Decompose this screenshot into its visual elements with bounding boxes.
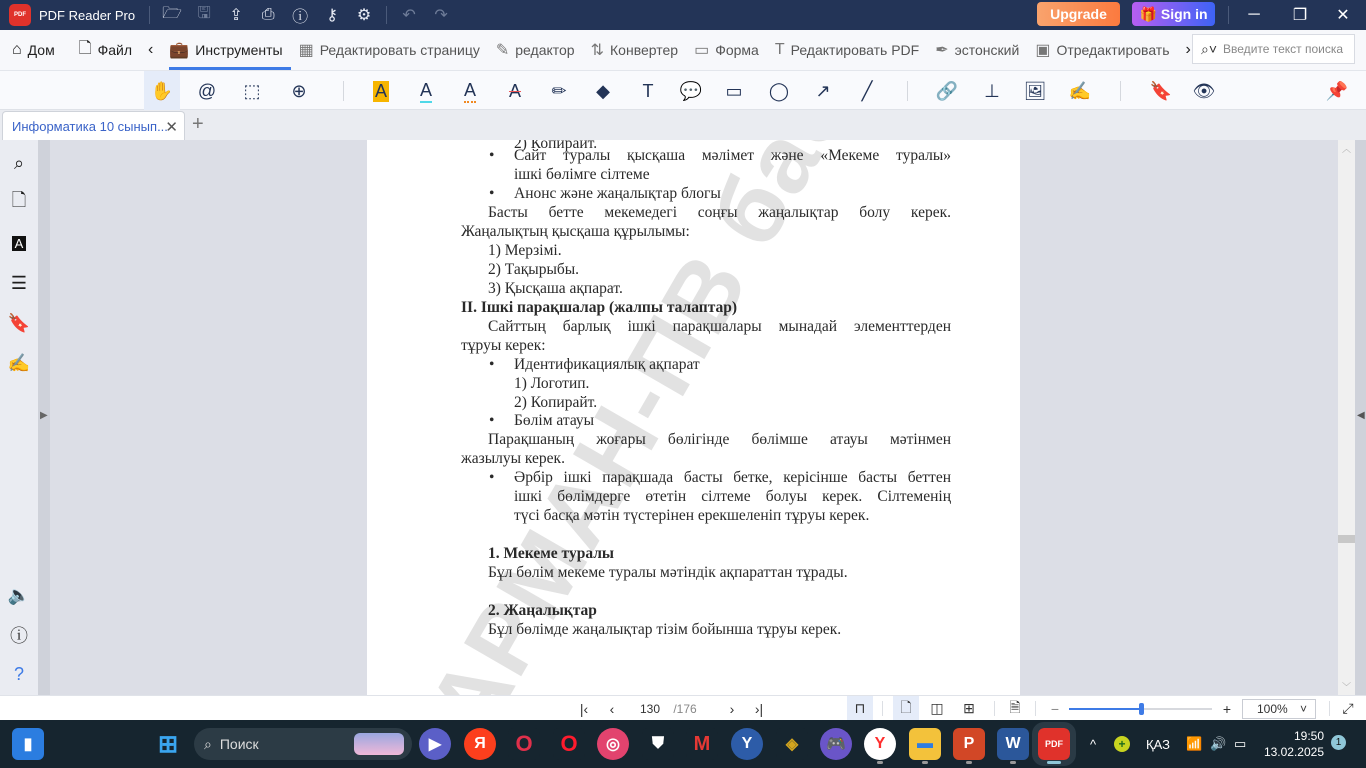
tray-app-icon[interactable]: + [1114, 720, 1130, 768]
settings-icon[interactable]: ⚙ [348, 0, 380, 30]
close-window-button[interactable]: ✕ [1320, 0, 1366, 30]
chevron-down-icon: ˅ [1300, 702, 1307, 716]
rectangle-icon[interactable]: ▭ [716, 71, 752, 111]
sign-in-button[interactable]: 🎁Sign in [1132, 2, 1215, 26]
notification-badge[interactable]: 1 [1331, 735, 1346, 750]
read-aloud-icon[interactable]: 🔈 [0, 575, 38, 615]
document-text-line: Әрбір ішкі парақшада басты бетке, керісі… [514, 468, 951, 487]
document-text-line: 1) Мерзімі. [488, 241, 562, 260]
zoom-slider-handle[interactable] [1139, 703, 1144, 715]
prev-page-icon[interactable]: ‹ [602, 696, 622, 721]
sign-in-label: Sign in [1161, 6, 1208, 22]
vertical-scrollbar[interactable]: ︿ ﹀ [1338, 140, 1355, 695]
document-text-line: тұруы керек: [461, 336, 546, 355]
left-panel-toggle[interactable]: ▶ [38, 140, 50, 695]
share-icon[interactable]: ⇪ [220, 0, 252, 30]
menu-redact-label: Отредактировать [1056, 42, 1169, 58]
form-icon: ▭ [694, 40, 709, 60]
document-text-line: жазылуы керек. [461, 449, 565, 468]
taskbar-app-opera-gx-icon[interactable]: O [508, 728, 540, 760]
taskbar-app-game-1-icon[interactable]: ◈ [776, 728, 808, 760]
clock[interactable]: 19:50 13.02.2025 [1260, 728, 1324, 760]
single-page-icon[interactable]: 🗋 [893, 696, 919, 721]
taskbar-app-word-icon[interactable]: W [997, 728, 1029, 760]
menu-converter-label: Конвертер [610, 42, 678, 58]
underline-icon[interactable]: A [408, 71, 444, 111]
running-indicator [1010, 761, 1016, 764]
eraser-icon[interactable]: ◆ [585, 71, 621, 111]
outline-icon[interactable]: ☰ [0, 263, 38, 303]
pin-icon[interactable]: 📌 [1319, 71, 1355, 111]
document-text-line: Бұл бөлім мекеме туралы мәтіндік ақпарат… [488, 563, 848, 582]
document-heading: 2. Жаңалықтар [488, 601, 597, 620]
redo-icon[interactable]: ↷ [425, 0, 457, 30]
undo-icon[interactable]: ↶ [393, 0, 425, 30]
menu-editor[interactable]: ✎редактор [488, 30, 583, 70]
key-icon[interactable]: ⚷ [316, 0, 348, 30]
taskbar-app-powerpoint-icon[interactable]: P [953, 728, 985, 760]
save-icon[interactable]: 🖫 [188, 0, 220, 30]
document-text-line: ішкі бөлімдерге өтетін сілтеме болуы кер… [514, 487, 951, 506]
zoom-area-icon[interactable]: ⊕ [281, 71, 317, 111]
zoom-out-icon[interactable]: − [1045, 696, 1065, 721]
restore-button[interactable]: ❐ [1277, 0, 1323, 30]
taskbar-app-gamepad-icon[interactable]: 🎮 [820, 728, 852, 760]
redact-icon: ▣ [1035, 40, 1050, 60]
home-icon: ⌂ [12, 41, 22, 59]
divider [1228, 6, 1229, 24]
volume-icon[interactable]: 🔊 [1210, 720, 1226, 768]
zoom-slider-fill [1069, 708, 1141, 710]
divider [1035, 701, 1036, 716]
taskbar-app-mirra-icon[interactable]: M [686, 728, 718, 760]
document-text-line: түсі басқа мәтін түстерінен ерекшеленіп … [514, 506, 869, 525]
link-icon[interactable]: 🔗 [929, 71, 965, 111]
note-icon[interactable]: 💬 [673, 71, 709, 111]
thumbnails-icon[interactable]: 🗋 [0, 183, 38, 223]
close-tab-icon[interactable]: ✕ [165, 118, 178, 136]
stamp-icon[interactable]: ⊥ [974, 71, 1010, 111]
menu-tools[interactable]: 💼Инструменты [161, 30, 290, 70]
language-indicator[interactable]: ҚАЗ [1146, 720, 1170, 768]
signatures-icon[interactable]: ✍ [0, 343, 38, 383]
search-placeholder: Введите текст поиска [1223, 42, 1343, 56]
two-page-icon[interactable]: ◫ [924, 696, 950, 721]
document-heading: 1. Мекеме туралы [488, 544, 614, 563]
divider [1329, 701, 1330, 716]
hand-tool-icon[interactable]: ✋ [144, 71, 180, 111]
menu-file[interactable]: 🗋Файл [71, 30, 140, 70]
taskbar-app-opera-icon[interactable]: O [553, 728, 585, 760]
last-page-icon[interactable]: ›| [749, 696, 769, 721]
menu-sign[interactable]: ✒эстонский [927, 30, 1027, 70]
annotation-toolbar: ✋ @ ⬚ ⊕ A A A A ✏ ◆ T 💬 ▭ ◯ ↗ ╱ 🔗 ⊥ 🖼 ✍ … [0, 70, 1366, 110]
info-icon[interactable]: ⓘ [0, 615, 38, 655]
time: 19:50 [1260, 728, 1324, 744]
zoom-value: 100% [1257, 702, 1288, 716]
menu-redact[interactable]: ▣Отредактировать [1027, 30, 1177, 70]
strikethrough-icon[interactable]: A [497, 71, 533, 111]
document-heading: II. Ішкі парақшалар (жалпы талаптар) [461, 298, 737, 317]
document-text-line: • [489, 411, 494, 430]
fullscreen-icon[interactable]: ⤢ [1336, 696, 1360, 721]
print-icon[interactable]: ⎙ [252, 0, 284, 30]
taskbar-app-yandex-icon[interactable]: Я [464, 728, 496, 760]
help-icon[interactable]: ⓘ [284, 0, 316, 30]
area-select-icon[interactable]: ⬚ [234, 71, 270, 111]
document-text-line: Басты бетте мекемедегі соңғы жаңалықтар … [488, 203, 951, 222]
search-input[interactable]: ⌕˅ Введите текст поиска [1192, 34, 1355, 64]
line-icon[interactable]: ╱ [849, 71, 885, 111]
add-tab-button[interactable]: + [192, 113, 204, 136]
document-text-line: Бұл бөлімде жаңалықтар тізім бойынша тұр… [488, 620, 841, 639]
windows-taskbar: ▮ ⊞ ⌕ Поиск ▶ЯOO◎⛊MY◈🎮Y▬PWPDF ^ + ҚАЗ 📶 … [0, 720, 1366, 768]
document-text-line: 1) Логотип. [514, 374, 589, 393]
next-page-icon[interactable]: › [722, 696, 742, 721]
divider [149, 6, 150, 24]
ocr-icon[interactable]: A [0, 223, 38, 263]
document-text-line: Сайттың барлық ішкі парақшалары мынадай … [488, 317, 951, 336]
menu-form-label: Форма [715, 42, 759, 58]
chevron-left-icon: ‹ [148, 41, 153, 59]
scrollbar-thumb[interactable] [1338, 535, 1355, 543]
signature-icon[interactable]: ✍ [1062, 71, 1098, 111]
zoom-slider[interactable] [1069, 708, 1212, 710]
app-logo-icon: PDF [9, 4, 31, 26]
app-title: PDF Reader Pro [39, 8, 135, 23]
document-text-line: • [489, 184, 494, 203]
document-text-line: Сайт туралы қысқаша мәлімет және «Мекеме… [514, 146, 951, 165]
divider [907, 81, 908, 101]
document-text-line: • [489, 146, 494, 165]
taskbar-app-file-explorer-icon[interactable]: ▬ [909, 728, 941, 760]
oval-icon[interactable]: ◯ [761, 71, 797, 111]
running-indicator [877, 761, 883, 764]
menu-edit-pdf[interactable]: TРедактировать PDF [767, 30, 927, 70]
fit-width-icon[interactable]: ⊓ [847, 696, 873, 721]
taskbar-app-meet-icon[interactable]: ▶ [419, 728, 451, 760]
current-page-input[interactable]: 130 [634, 696, 666, 721]
expand-left-icon: ◀ [1357, 410, 1365, 421]
right-panel-toggle[interactable]: ◀ [1355, 140, 1366, 695]
document-tab-bar: Информатика 10 сынып... ✕ + [0, 110, 1366, 140]
document-text-line: Идентификациялық ақпарат [514, 355, 700, 374]
pdf-page: АРМАН-ПВ баспасы 2) Копирайт.•Сайт турал… [367, 140, 1020, 695]
auto-scroll-icon[interactable]: 🗎 [1002, 696, 1028, 721]
divider [1120, 81, 1121, 101]
freehand-icon[interactable]: ✏ [541, 71, 577, 111]
convert-icon: ⇅ [591, 40, 604, 60]
document-text-line: Бөлім атауы [514, 411, 594, 430]
menu-sign-label: эстонский [955, 42, 1020, 58]
menu-home-label: Дом [28, 42, 55, 58]
widgets-icon[interactable]: ▮ [12, 728, 44, 760]
divider [882, 701, 883, 716]
divider [994, 701, 995, 716]
document-text-line: ішкі бөлімге сілтеме [514, 165, 650, 184]
first-page-icon[interactable]: |‹ [574, 696, 594, 721]
divider [386, 6, 387, 24]
divider [343, 81, 344, 101]
file-icon: 🗋 [79, 37, 92, 64]
document-text-line: 2) Копирайт. [514, 393, 597, 412]
book-mode-icon[interactable]: ⊞ [956, 696, 982, 721]
document-text-line: • [489, 468, 494, 487]
text-box-icon[interactable]: T [630, 71, 666, 111]
total-pages: /176 [670, 696, 700, 721]
folder-open-icon[interactable]: 🗁 [156, 0, 188, 30]
document-tab-title: Информатика 10 сынып... [12, 119, 168, 134]
taskbar-app-yandex-browser-icon[interactable]: Y [731, 728, 763, 760]
minimize-button[interactable]: ─ [1231, 0, 1277, 30]
menu-edit-page-label: Редактировать страницу [320, 42, 480, 58]
left-sidebar: ⌕ 🗋 A ☰ 🔖 ✍ 🔈 ⓘ ? [0, 140, 38, 695]
taskbar-app-pdf-reader-pro-icon[interactable]: PDF [1038, 728, 1070, 760]
taskbar-search-label: Поиск [220, 736, 259, 752]
menu-edit-pdf-label: Редактировать PDF [791, 42, 920, 58]
wifi-icon[interactable]: 📶 [1186, 720, 1202, 768]
gift-icon: 🎁 [1139, 6, 1156, 23]
menu-home[interactable]: ⌂Дом [4, 30, 63, 70]
document-tab[interactable]: Информатика 10 сынып... ✕ [2, 111, 185, 140]
read-mode-eye-icon[interactable]: 👁 [1186, 71, 1222, 111]
document-text-line: Парақшаның жоғары бөлігінде бөлімше атау… [488, 430, 951, 449]
help-icon[interactable]: ? [0, 654, 38, 694]
document-text-line: 2) Тақырыбы. [488, 260, 579, 279]
menu-converter[interactable]: ⇅Конвертер [583, 30, 686, 70]
document-text-line: Жаңалықтың қысқаша құрылымы: [461, 222, 690, 241]
status-bar: |‹ ‹ 130 /176 › ›| ⊓ 🗋 ◫ ⊞ 🗎 − + 100%˅ ⤢ [0, 695, 1366, 720]
battery-icon[interactable]: ▭ [1234, 720, 1246, 768]
scroll-up-icon[interactable]: ︿ [1338, 142, 1355, 155]
zoom-in-icon[interactable]: + [1217, 696, 1237, 721]
running-indicator [966, 761, 972, 764]
start-button-icon[interactable]: ⊞ [152, 728, 184, 760]
running-indicator [1047, 761, 1061, 764]
image-icon[interactable]: 🖼 [1017, 71, 1053, 111]
taskbar-app-color-app-icon[interactable]: ◎ [597, 728, 629, 760]
document-text-line: 3) Қысқаша ақпарат. [488, 279, 623, 298]
bookmark-icon[interactable]: 🔖 [1143, 71, 1179, 111]
sign-pen-icon: ✒ [935, 40, 948, 60]
taskbar-app-world-of-tanks-icon[interactable]: ⛊ [642, 728, 674, 760]
menu-scroll-left[interactable]: ‹ [140, 30, 161, 70]
taskbar-search[interactable]: ⌕ Поиск [194, 728, 412, 760]
menu-edit-page[interactable]: ▦Редактировать страницу [291, 30, 488, 70]
show-hidden-icons-icon[interactable]: ^ [1090, 720, 1096, 768]
document-text-line: Анонс және жаңалықтар блогы [514, 184, 721, 203]
squiggly-icon[interactable]: A [452, 71, 488, 111]
document-viewer: АРМАН-ПВ баспасы 2) Копирайт.•Сайт турал… [50, 140, 1338, 695]
content-select-icon[interactable]: @ [189, 71, 225, 111]
zoom-select[interactable]: 100%˅ [1242, 699, 1316, 719]
upgrade-button[interactable]: Upgrade [1037, 2, 1120, 26]
title-bar: PDF PDF Reader Pro 🗁 🖫 ⇪ ⎙ ⓘ ⚷ ⚙ ↶ ↷ Upg… [0, 0, 1366, 30]
main-menu-bar: ⌂Дом 🗋Файл ‹ 💼Инструменты ▦Редактировать… [0, 30, 1366, 70]
menu-file-label: Файл [98, 42, 132, 58]
search-panel-icon[interactable]: ⌕ [0, 143, 38, 183]
search-icon: ⌕ [204, 736, 212, 753]
date: 13.02.2025 [1260, 744, 1324, 760]
edit-icon: ✎ [496, 40, 509, 60]
document-text-line: • [489, 355, 494, 374]
menu-tools-label: Инструменты [195, 42, 282, 58]
scroll-down-icon[interactable]: ﹀ [1338, 680, 1355, 693]
highlight-icon[interactable]: A [363, 71, 399, 111]
chevron-right-icon: › [1186, 41, 1191, 59]
expand-right-icon: ▶ [40, 410, 48, 421]
pages-grid-icon: ▦ [299, 40, 314, 60]
toolbox-icon: 💼 [169, 40, 189, 60]
search-highlight-image [354, 733, 404, 755]
menu-editor-label: редактор [515, 42, 574, 58]
search-icon: ⌕˅ [1201, 41, 1217, 58]
bookmarks-icon[interactable]: 🔖 [0, 303, 38, 343]
taskbar-app-yandex-y-icon[interactable]: Y [864, 728, 896, 760]
arrow-icon[interactable]: ↗ [805, 71, 841, 111]
menu-form[interactable]: ▭Форма [686, 30, 767, 70]
text-edit-icon: T [775, 41, 785, 59]
running-indicator [922, 761, 928, 764]
